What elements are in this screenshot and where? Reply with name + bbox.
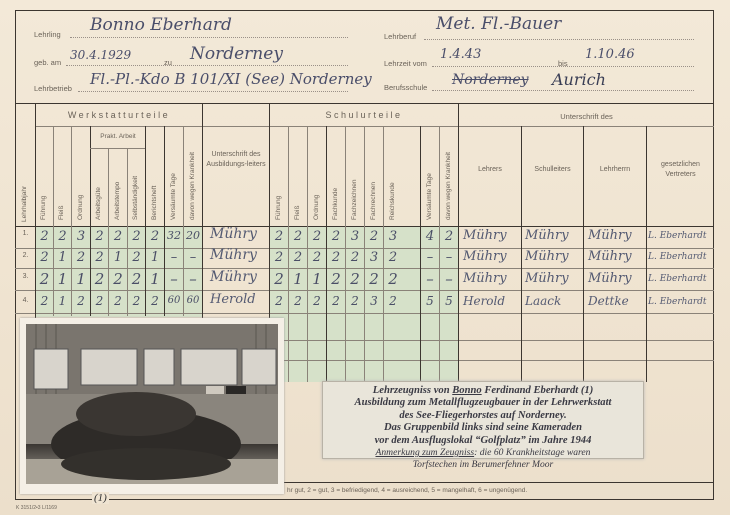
row1-sig-vertreter: L. Eberhardt bbox=[648, 231, 707, 241]
header-lehrers: Lehrers bbox=[459, 166, 521, 173]
row4-werk-7: 60 bbox=[165, 295, 183, 306]
row2-werk-7: – bbox=[165, 250, 183, 265]
line-berufsschule bbox=[432, 90, 694, 91]
row4-werk-8: 60 bbox=[184, 295, 202, 306]
label-lehrbetrieb: Lehrbetrieb bbox=[34, 84, 72, 93]
row3-schule-6: 2 bbox=[384, 270, 402, 288]
row3-werk-0: 2 bbox=[36, 270, 53, 288]
row1-schule-6: 3 bbox=[384, 229, 402, 244]
value-geburtsort: Norderney bbox=[190, 44, 283, 64]
row1-werk-8: 20 bbox=[184, 229, 202, 242]
row1-schule-8: 4 bbox=[421, 229, 439, 244]
row4-leiter-signature: Herold bbox=[210, 292, 256, 307]
row4-schule-5: 3 bbox=[365, 294, 383, 308]
caption-line-5: vor dem Ausflugslokal “Golfplatz” im Jah… bbox=[323, 435, 643, 447]
row1-leiter-signature: Mühry bbox=[210, 226, 257, 242]
row3-werk-5: 2 bbox=[128, 270, 145, 288]
caption-line-2: Ausbildung zum Metallflugzeugbauer in de… bbox=[323, 397, 643, 409]
row3-leiter-signature: Mühry bbox=[210, 269, 257, 285]
header-werk-fleiss: Fleiß bbox=[58, 206, 65, 220]
group-photo-illustration bbox=[26, 324, 278, 484]
value-geb-am: 30.4.1929 bbox=[70, 48, 131, 62]
label-geb-am: geb. am bbox=[34, 58, 61, 67]
caption-line1-name: Bonno bbox=[452, 385, 481, 396]
row4-schule-3: 2 bbox=[327, 294, 345, 308]
row4-werk-1: 1 bbox=[54, 294, 71, 308]
caption-box: Lehrzeugniss von Bonno Ferdinand Eberhar… bbox=[322, 381, 644, 459]
row1-werk-3: 2 bbox=[91, 229, 108, 244]
line-lehrbetrieb bbox=[78, 91, 348, 92]
row4-werk-0: 2 bbox=[36, 294, 53, 308]
header-werk-krankheit: davon wegen Krankheit bbox=[189, 152, 196, 220]
grading-legend: hr gut, 2 = gut, 3 = befriedigend, 4 = a… bbox=[287, 487, 527, 494]
row4-sig-lehrers: Herold bbox=[463, 294, 505, 308]
caption-line1-post: Ferdinand Eberhardt (1) bbox=[482, 385, 594, 396]
row1-werk-5: 2 bbox=[128, 229, 145, 244]
row3-werk-2: 1 bbox=[72, 270, 90, 288]
row4-werk-2: 2 bbox=[72, 294, 90, 308]
header-werk-arbeitsguete: Arbeitsgüte bbox=[95, 187, 102, 220]
prakt-arbeit-line bbox=[90, 148, 145, 149]
value-lehrzeit-bis: 1.10.46 bbox=[585, 47, 635, 62]
label-lehrling: Lehrling bbox=[34, 30, 61, 39]
row2-sig-vertreter: L. Eberhardt bbox=[648, 252, 707, 262]
photo-label: (1) bbox=[92, 492, 109, 504]
row3-sig-lehrherrn: Mühry bbox=[588, 271, 632, 286]
value-lehrberuf: Met. Fl.-Bauer bbox=[436, 14, 561, 34]
row3-werk-1: 1 bbox=[54, 270, 71, 288]
header-ausbildungsleiter: Unterschrift des Ausbildungs-leiters bbox=[206, 150, 266, 170]
row-line-5 bbox=[283, 340, 714, 341]
row2-schule-1: 2 bbox=[289, 250, 307, 265]
row3-schule-5: 2 bbox=[365, 270, 383, 288]
row4-schule-8: 5 bbox=[421, 294, 439, 308]
row4-werk-4: 2 bbox=[109, 294, 127, 308]
header-schule-ordnung: Ordnung bbox=[313, 195, 320, 220]
row2-werk-4: 1 bbox=[109, 250, 127, 265]
row4-werk-3: 2 bbox=[91, 294, 108, 308]
row2-werk-5: 2 bbox=[128, 250, 145, 265]
header-werk-ordnung: Ordnung bbox=[77, 195, 84, 220]
row3-sig-vertreter: L. Eberhardt bbox=[648, 274, 707, 284]
row3-schule-3: 2 bbox=[327, 270, 345, 288]
header-lehrhalbjahr: Lehrhalbjahr bbox=[21, 186, 28, 222]
caption-note-line2: Torfstechen im Berumerfehner Moor bbox=[323, 459, 643, 471]
row1-schule-0: 2 bbox=[270, 229, 288, 244]
row2-schule-3: 2 bbox=[327, 250, 345, 265]
row4-schule-2: 2 bbox=[308, 294, 326, 308]
caption-line-1: Lehrzeugniss von Bonno Ferdinand Eberhar… bbox=[323, 385, 643, 397]
header-schulleiters: Schulleiters bbox=[522, 166, 583, 173]
row2-schule-9: – bbox=[440, 250, 458, 265]
label-berufsschule: Berufsschule bbox=[384, 83, 427, 92]
row4-schule-6: 2 bbox=[384, 294, 402, 308]
header-schule-fachkunde: Fachkunde bbox=[332, 188, 339, 220]
col-divider-werkstatt-end bbox=[202, 103, 203, 318]
row2-werk-3: 2 bbox=[91, 250, 108, 265]
caption-note-text: : die 60 Krankheitstage waren bbox=[474, 447, 590, 458]
row1-schule-3: 2 bbox=[327, 229, 345, 244]
caption-note-label: Anmerkung zum Zeugniss bbox=[376, 447, 475, 458]
row2-werk-6: 1 bbox=[146, 250, 164, 265]
row-line-6 bbox=[283, 360, 714, 361]
row1-werk-0: 2 bbox=[36, 229, 53, 244]
row3-werk-3: 2 bbox=[91, 270, 108, 288]
row4-sig-lehrherrn: Dettke bbox=[588, 294, 629, 308]
header-werk-selbstaendigkeit: Selbständigkeit bbox=[132, 176, 139, 220]
row4-werk-6: 2 bbox=[146, 294, 164, 308]
caption-line-4: Das Gruppenbild links sind seine Kamerad… bbox=[323, 422, 643, 434]
row2-schule-5: 3 bbox=[365, 250, 383, 265]
row4-schule-1: 2 bbox=[289, 294, 307, 308]
certificate-page: Lehrling Bonno Eberhard geb. am 30.4.192… bbox=[0, 0, 730, 515]
row3-schule-0: 2 bbox=[270, 270, 288, 288]
row2-werk-2: 2 bbox=[72, 250, 90, 265]
row3-schule-9: – bbox=[440, 270, 458, 288]
line-geb bbox=[66, 65, 348, 66]
row2-schule-4: 2 bbox=[346, 250, 364, 265]
value-berufsschule-struck: Norderney bbox=[452, 72, 529, 88]
row3-schule-2: 1 bbox=[308, 270, 326, 288]
row1-werk-2: 3 bbox=[72, 229, 90, 244]
row1-sig-schulleiters: Mühry bbox=[525, 228, 569, 243]
row2-werk-8: – bbox=[184, 250, 202, 265]
header-werk-berichtsheft: Berichtsheft bbox=[151, 186, 158, 220]
row2-schule-0: 2 bbox=[270, 250, 288, 265]
prakt-arbeit-title: Prakt. Arbeit bbox=[91, 133, 145, 140]
caption-line-3: des See-Fliegerhorstes auf Norderney. bbox=[323, 410, 643, 422]
unterschrift-des-title: Unterschrift des bbox=[459, 112, 714, 121]
row1-werk-4: 2 bbox=[109, 229, 127, 244]
row1-werk-6: 2 bbox=[146, 229, 164, 244]
label-zu: zu bbox=[164, 58, 172, 67]
row1-schule-2: 2 bbox=[308, 229, 326, 244]
header-werk-versaeumte-tage: Versäumte Tage bbox=[170, 173, 177, 220]
row4-term: 4. bbox=[16, 297, 35, 304]
row2-leiter-signature: Mühry bbox=[210, 247, 257, 263]
row1-schule-9: 2 bbox=[440, 229, 458, 244]
row1-sig-lehrers: Mühry bbox=[463, 228, 507, 243]
row3-sig-schulleiters: Mühry bbox=[525, 271, 569, 286]
row2-werk-0: 2 bbox=[36, 250, 53, 265]
row3-sig-lehrers: Mühry bbox=[463, 271, 507, 286]
group-photo-image bbox=[26, 324, 278, 484]
header-lehrherrn: Lehrherrn bbox=[584, 166, 646, 173]
header-werk-fuehrung: Führung bbox=[40, 196, 47, 220]
row2-schule-8: – bbox=[421, 250, 439, 265]
row1-werk-7: 32 bbox=[165, 229, 183, 242]
row4-werk-5: 2 bbox=[128, 294, 145, 308]
header-schule-krankheit: davon wegen Krankheit bbox=[445, 152, 452, 220]
row1-werk-1: 2 bbox=[54, 229, 71, 244]
group-photo bbox=[20, 318, 284, 494]
line-lehrberuf bbox=[424, 39, 694, 40]
col-divider-schulleiters bbox=[583, 126, 584, 382]
header-schule-fachzeichnen: Fachzeichnen bbox=[351, 180, 358, 220]
value-lehrbetrieb: Fl.-Pl.-Kdo B 101/XI (See) Norderney bbox=[90, 70, 372, 88]
row3-term: 3. bbox=[16, 273, 35, 280]
header-schule-reichskunde: Reichskunde bbox=[389, 182, 396, 220]
row1-schule-1: 2 bbox=[289, 229, 307, 244]
col-divider-lehrers bbox=[521, 126, 522, 382]
label-bis: bis bbox=[558, 59, 568, 68]
row1-term: 1. bbox=[16, 230, 35, 237]
header-schule-fuehrung: Führung bbox=[275, 196, 282, 220]
row4-schule-9: 5 bbox=[440, 294, 458, 308]
row3-schule-1: 1 bbox=[289, 270, 307, 288]
row4-schule-0: 2 bbox=[270, 294, 288, 308]
header-schule-fachrechnen: Fachrechnen bbox=[370, 182, 377, 220]
row4-schule-4: 2 bbox=[346, 294, 364, 308]
label-lehrzeit-vom: Lehrzeit vom bbox=[384, 59, 427, 68]
row3-werk-6: 1 bbox=[146, 270, 164, 288]
werkstatturteile-title: Werkstatturteile bbox=[36, 110, 202, 120]
row3-werk-8: – bbox=[184, 270, 202, 288]
line-lehrling bbox=[70, 37, 348, 38]
header-gesetzl-vertreters: gesetzlichen Vertreters bbox=[647, 160, 714, 180]
form-number: K 3151/2•3 L/1169 bbox=[16, 505, 57, 511]
value-lehrzeit-vom: 1.4.43 bbox=[440, 47, 481, 62]
row3-werk-7: – bbox=[165, 270, 183, 288]
value-lehrling: Bonno Eberhard bbox=[90, 15, 232, 35]
row2-schule-2: 2 bbox=[308, 250, 326, 265]
schulurteile-title: Schulurteile bbox=[270, 110, 458, 120]
row4-sig-vertreter: L. Eberhardt bbox=[648, 297, 707, 307]
col-divider-schule-end bbox=[458, 103, 459, 383]
header-schule-versaeumte-tage: Versäumte Tage bbox=[426, 173, 433, 220]
caption-note: Anmerkung zum Zeugniss: die 60 Krankheit… bbox=[323, 447, 643, 459]
row2-sig-lehrers: Mühry bbox=[463, 249, 507, 264]
caption-line1-pre: Lehrzeugniss von bbox=[373, 385, 452, 396]
table-top-border bbox=[15, 103, 714, 104]
row2-term: 2. bbox=[16, 252, 35, 259]
section-title-line bbox=[35, 126, 714, 127]
row1-schule-5: 2 bbox=[365, 229, 383, 244]
row3-werk-4: 2 bbox=[109, 270, 127, 288]
header-schule-fleiss: Fleiß bbox=[294, 206, 301, 220]
row1-schule-4: 3 bbox=[346, 229, 364, 244]
legend-bottom-line bbox=[283, 482, 714, 483]
row1-sig-lehrherrn: Mühry bbox=[588, 228, 632, 243]
row2-sig-lehrherrn: Mühry bbox=[588, 249, 632, 264]
row4-sig-schulleiters: Laack bbox=[525, 294, 561, 308]
row2-sig-schulleiters: Mühry bbox=[525, 249, 569, 264]
row2-schule-6: 2 bbox=[384, 250, 402, 265]
row2-werk-1: 1 bbox=[54, 250, 71, 265]
label-lehrberuf: Lehrberuf bbox=[384, 32, 416, 41]
row3-schule-4: 2 bbox=[346, 270, 364, 288]
row3-schule-8: – bbox=[421, 270, 439, 288]
header-werk-arbeitstempo: Arbeitstempo bbox=[114, 182, 121, 220]
value-berufsschule: Aurich bbox=[552, 70, 606, 89]
